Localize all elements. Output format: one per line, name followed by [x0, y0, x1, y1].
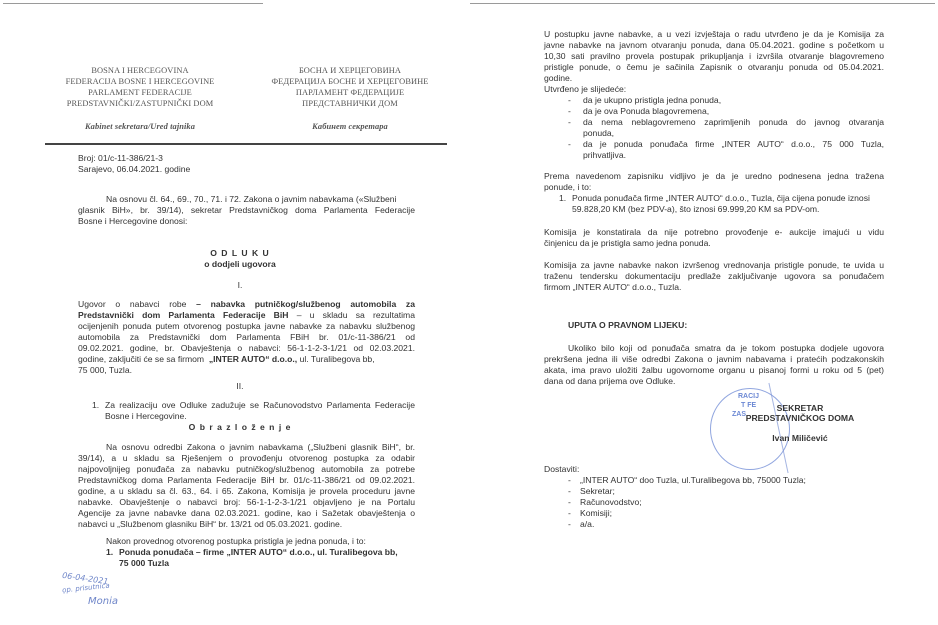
finding-bullet: -: [568, 117, 571, 127]
commission-2-line-2: traženu tendersku dokumentaciju predlaže…: [544, 271, 884, 281]
deliver-item-5: a/a.: [580, 519, 594, 529]
offers-intro: Nakon provednog otvorenog postupka prist…: [106, 536, 366, 546]
finding-4-line-2: prihvatljiva.: [583, 150, 626, 160]
decision-subtitle: o dodjeli ugovora: [60, 259, 420, 269]
signatory-name: Ivan Miličević: [720, 433, 880, 443]
finding-3-line-1: da nema neblagovremeno zaprimljenih ponu…: [583, 117, 884, 127]
section-1-line-6: godine, zaključiti će se sa firmom „INTE…: [78, 354, 375, 364]
section-2-label: II.: [60, 381, 420, 391]
deliver-item-4: Komisiji;: [580, 508, 612, 518]
reasoning-line-3: najpovoljnijeg ponuđača za nabavku putni…: [78, 464, 415, 474]
section-1-line-3: ocijenjenih ponuda putem otvorenog postu…: [78, 321, 415, 331]
preamble-line-1: Na osnovu čl. 64., 69., 70., 71. i 72. Z…: [106, 194, 396, 204]
finding-1: da je ukupno pristigla jedna ponuda,: [583, 95, 721, 105]
deliver-title: Dostaviti:: [544, 464, 579, 474]
deliver-bullet: -: [568, 475, 571, 485]
intro-line-5: godine.: [544, 73, 572, 83]
section-1-line-1: Ugovor o nabavci robe – nabavka putničko…: [78, 299, 415, 309]
section-1-line-6-prefix: godine, zaključiti će se sa firmom: [78, 354, 204, 364]
intro-line-4: pristigle ponude, o čemu je sačinila Zap…: [544, 62, 884, 72]
deliver-bullet: -: [568, 508, 571, 518]
reference-number: Broj: 01/c-11-386/21-3: [78, 153, 163, 163]
reasoning-line-4: Predstavničkog doma Parlamenta Federacij…: [78, 475, 415, 485]
reasoning-line-6: nabavke. Obavještenje o nabavci broj: 56…: [78, 497, 415, 507]
finding-bullet: -: [568, 95, 571, 105]
finding-2: da je ova Ponuda blagovremena,: [583, 106, 709, 116]
commission-1-line-2: činjenicu da je pristigla samo jedna pon…: [544, 238, 711, 248]
intro-line-1: U postupku javne nabavke, a u vezi izvje…: [544, 29, 884, 39]
preamble-line-2: glasnik BiH», br. 39/14), sekretar Preds…: [78, 205, 415, 215]
reasoning-line-5: godine, a u skladu sa čl. 63., 64. i 65.…: [78, 486, 415, 496]
handwritten-signature: Monia: [88, 596, 118, 607]
commission-2-line-1: Komisija za javne nabavke nakon izvršeno…: [544, 260, 884, 270]
deliver-item-2: Sekretar;: [580, 486, 615, 496]
reasoning-title: O b r a z l o ž e n j e: [60, 422, 420, 432]
section-1-line-2: Predstavnički dom Parlamenta Federacije …: [78, 310, 415, 320]
reasoning-line-1: Na osnovu odredbi Zakona o javnim nabavk…: [106, 442, 415, 452]
offer-item-line-1: Ponuda ponuđača – firme „INTER AUTO“ d.o…: [119, 547, 398, 557]
section-2-number: 1.: [92, 400, 99, 410]
reasoning-line-7: Agencije za javne nabavke dana 02.03.202…: [78, 508, 415, 518]
reasoning-line-2: 39/14), a u skladu sa Rješenjem o provođ…: [78, 453, 415, 463]
section-2-line-1: Za realizaciju ove Odluke zadužuje se Ra…: [105, 400, 415, 410]
header-latin-office: Kabinet sekretara/Ured tajnika: [40, 122, 240, 132]
header-latin-line-1: BOSNA I HERCEGOVINA: [40, 66, 240, 76]
record-line-2: ponude, i to:: [544, 182, 591, 192]
legal-remedy-title: UPUTA O PRAVNOM LIJEKU:: [568, 320, 687, 330]
header-cyrillic-line-3: ПАРЛАМЕНТ ФЕДЕРАЦИЈЕ: [250, 88, 450, 98]
offer-detail-line-2: 59.828,20 KM (bez PDV-a), što iznosi 69.…: [572, 204, 819, 214]
record-line-1: Prema navedenom zapisniku vidljivo je da…: [544, 171, 884, 181]
offer-detail-number: 1.: [559, 193, 566, 203]
header-divider: [45, 143, 447, 145]
commission-1-line-1: Komisija je konstatirala da nije potrebn…: [544, 227, 884, 237]
section-1-line-6-rest: ul. Turalibegova bb,: [300, 354, 375, 364]
header-latin-line-2: FEDERACIJA BOSNE I HERCEGOVINE: [40, 77, 240, 87]
offer-item-line-2: 75 000 Tuzla: [119, 558, 169, 568]
stamp-fragment-1: RACIJ: [738, 393, 759, 400]
section-1-line-1-prefix: Ugovor o nabavci robe: [78, 299, 186, 309]
deliver-item-1: „INTER AUTO“ doo Tuzla, ul.Turalibegova …: [580, 475, 806, 485]
section-1-line-6-bold: „INTER AUTO“ d.o.o.,: [209, 354, 297, 364]
section-1-line-4: automobila za Predstavnički dom Parlamen…: [78, 332, 415, 342]
preamble-line-3: Bosne i Hercegovine donosi:: [78, 216, 187, 226]
finding-bullet: -: [568, 106, 571, 116]
legal-remedy-line-2: prekršena jedna ili više odredbi Zakona …: [544, 354, 884, 364]
legal-remedy-line-3: akata, ima pravo uložiti žalbu ugovornom…: [544, 365, 884, 375]
header-latin-line-4: PREDSTAVNIČKI/ZASTUPNIČKI DOM: [40, 99, 240, 109]
section-1-label: I.: [60, 280, 420, 290]
intro-line-2: javne nabavke na javnom otvaranju ponuda…: [544, 40, 884, 50]
header-cyrillic-line-4: ПРЕДСТАВНИЧКИ ДОМ: [250, 99, 450, 109]
section-1-line-2-rest: – u skladu sa rezultatima: [297, 310, 415, 320]
header-cyrillic-office: Кабинет секретара: [250, 122, 450, 132]
offer-detail-line-1: Ponuda ponuđača firme „INTER AUTO“ d.o.o…: [572, 193, 870, 203]
finding-4-line-1: da je ponuda ponuđača firme „INTER AUTO“…: [583, 139, 884, 149]
page-top-edge: [470, 3, 935, 4]
signature-title-1: SEKRETAR: [720, 403, 880, 413]
deliver-item-3: Računovodstvo;: [580, 497, 642, 507]
finding-bullet: -: [568, 139, 571, 149]
place-date: Sarajevo, 06.04.2021. godine: [78, 164, 190, 174]
section-2-line-2: Bosne i Hercegovine.: [105, 411, 187, 421]
section-1-line-7: 75 000, Tuzla.: [78, 365, 132, 375]
section-1-line-1-bold: – nabavka putničkog/službenog automobila…: [196, 299, 415, 309]
header-latin-line-3: PARLAMENT FEDERACIJE: [40, 88, 240, 98]
reasoning-line-8: nabavci u „Službenom glasniku BiH“ br. 1…: [78, 519, 342, 529]
header-cyrillic-line-2: ФЕДЕРАЦИЈА БОСНЕ И ХЕРЦЕГОВИНЕ: [250, 77, 450, 87]
decision-title: O D L U K U: [60, 248, 420, 258]
legal-remedy-line-1: Ukoliko bilo koji od ponuđača smatra da …: [568, 343, 884, 353]
right-page: U postupku javne nabavke, a u vezi izvje…: [470, 0, 938, 625]
intro-line-3: 10,30 sati pravilno provela postupak pri…: [544, 51, 884, 61]
legal-remedy-line-4: dana od dana prijema ove Odluke.: [544, 376, 675, 386]
findings-intro: Utvrđeno je slijedeće:: [544, 84, 626, 94]
deliver-bullet: -: [568, 519, 571, 529]
left-page: BOSNA I HERCEGOVINA FEDERACIJA BOSNE I H…: [0, 0, 468, 625]
page-top-edge: [3, 3, 263, 4]
deliver-bullet: -: [568, 497, 571, 507]
offer-item-number: 1.: [106, 547, 113, 557]
signature-title-2: PREDSTAVNIČKOG DOMA: [720, 413, 880, 423]
header-cyrillic-line-1: БОСНА И ХЕРЦЕГОВИНА: [250, 66, 450, 76]
deliver-bullet: -: [568, 486, 571, 496]
section-1-line-5: 09.02.2021. godine, br. Obavještenja o n…: [78, 343, 415, 353]
finding-3-line-2: ponuda,: [583, 128, 614, 138]
handwritten-note: ọp. prisutnica: [62, 582, 110, 595]
section-1-line-2-bold: Predstavnički dom Parlamenta Federacije …: [78, 310, 288, 320]
commission-2-line-3: firmom „INTER AUTO“ d.o.o., Tuzla.: [544, 282, 681, 292]
